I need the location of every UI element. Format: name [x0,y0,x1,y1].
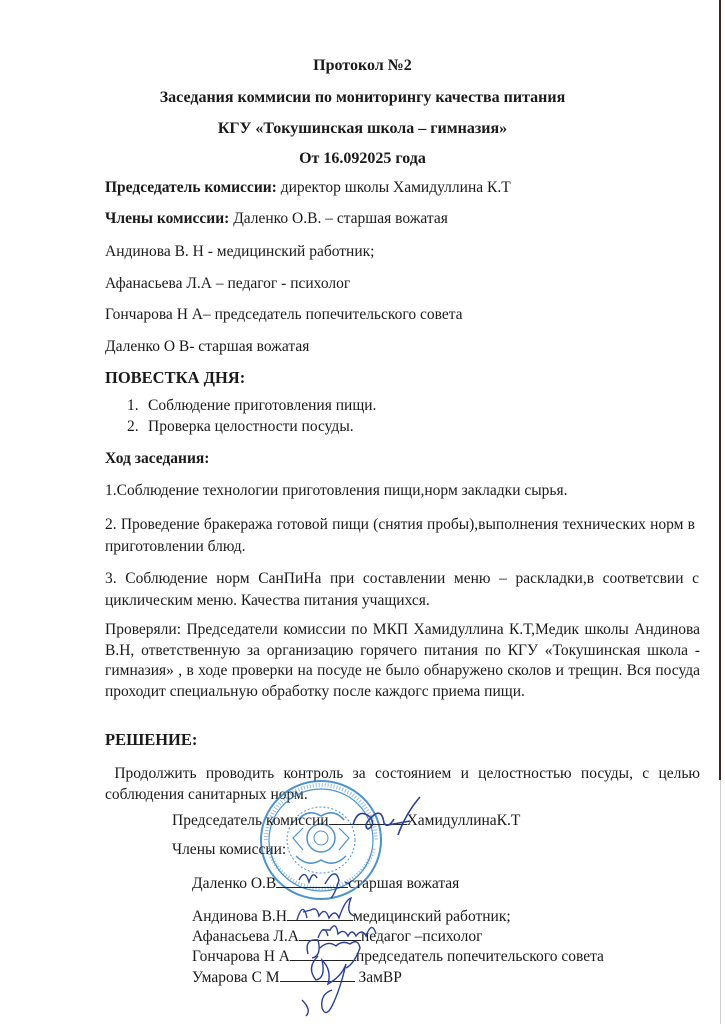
signature-member-name: Гончарова Н А [192,948,290,965]
agenda-item: 2. Проверка целостности посуды. [127,418,139,436]
chair-line: Председатель комиссии: директор школы Ха… [105,179,511,197]
page-edge-line-lower [720,780,721,1024]
signature-member-role: председатель попечительского совета [356,948,604,965]
agenda-item-text: Проверка целостности посуды. [148,418,354,436]
signature-chair-label: Председатель комиссии [172,812,329,829]
signature-member-name: Даленко О.В [192,875,276,892]
proceedings-item: 2. Проведение бракеража готовой пищи (сн… [105,514,695,558]
member-item: Даленко О В- старшая вожатая [105,338,309,356]
member-signature-icon [295,860,365,900]
proceedings-item: 1.Соблюдение технологии приготовления пи… [105,482,568,500]
checked-paragraph: Проверяли: Председатели комиссии по МКП … [105,620,700,702]
decision-heading: РЕШЕНИЕ: [105,730,197,750]
page-edge-line [719,0,721,780]
agenda-item-text: Соблюдение приготовления пищи. [148,397,376,415]
chair-signature-icon [348,795,428,845]
signature-member-row: Гончарова Н Апредседатель попечительског… [192,946,604,966]
chair-value: директор школы Хамидуллина К.Т [277,179,511,196]
agenda-item: 1. Соблюдение приготовления пищи. [127,397,139,415]
members-first: Даленко О.В. – старшая вожатая [229,210,448,227]
document-title: Протокол №2 [0,57,725,75]
signature-members-label: Члены комиссии: [172,841,286,859]
document-subtitle: Заседания коммисии по мониторингу качест… [0,89,725,107]
signature-chair-row: Председатель комиссииХамидуллинаК.Т [172,810,520,830]
members-line: Члены комиссии: Даленко О.В. – старшая в… [105,210,448,228]
member-item: Андинова В. Н - медицинский работник; [105,243,374,261]
member-item: Афанасьева Л.А – педагог - психолог [105,275,350,293]
signature-member-name: Умарова С М [192,969,280,986]
agenda-heading: ПОВЕСТКА ДНЯ: [105,368,245,388]
organization-name: КГУ «Токушинская школа – гимназия» [0,120,725,138]
signature-member-name: Афанасьева Л.А [192,928,299,945]
signature-member-role: ЗамВР [358,969,401,986]
signature-member-name: Андинова В.Н [192,908,287,925]
proceedings-heading: Ход заседания: [105,450,209,468]
meeting-date: От 16.092025 года [0,150,725,168]
chair-label: Председатель комиссии: [105,179,277,196]
member-signature-icon [292,950,362,1020]
member-item: Гончарова Н А– председатель попечительск… [105,306,463,324]
agenda-item-number: 2. [127,418,139,435]
agenda-item-number: 1. [127,397,139,414]
proceedings-item: 3. Соблюдение норм СанПиНа при составлен… [105,568,699,612]
members-label: Члены комиссии: [105,210,229,227]
